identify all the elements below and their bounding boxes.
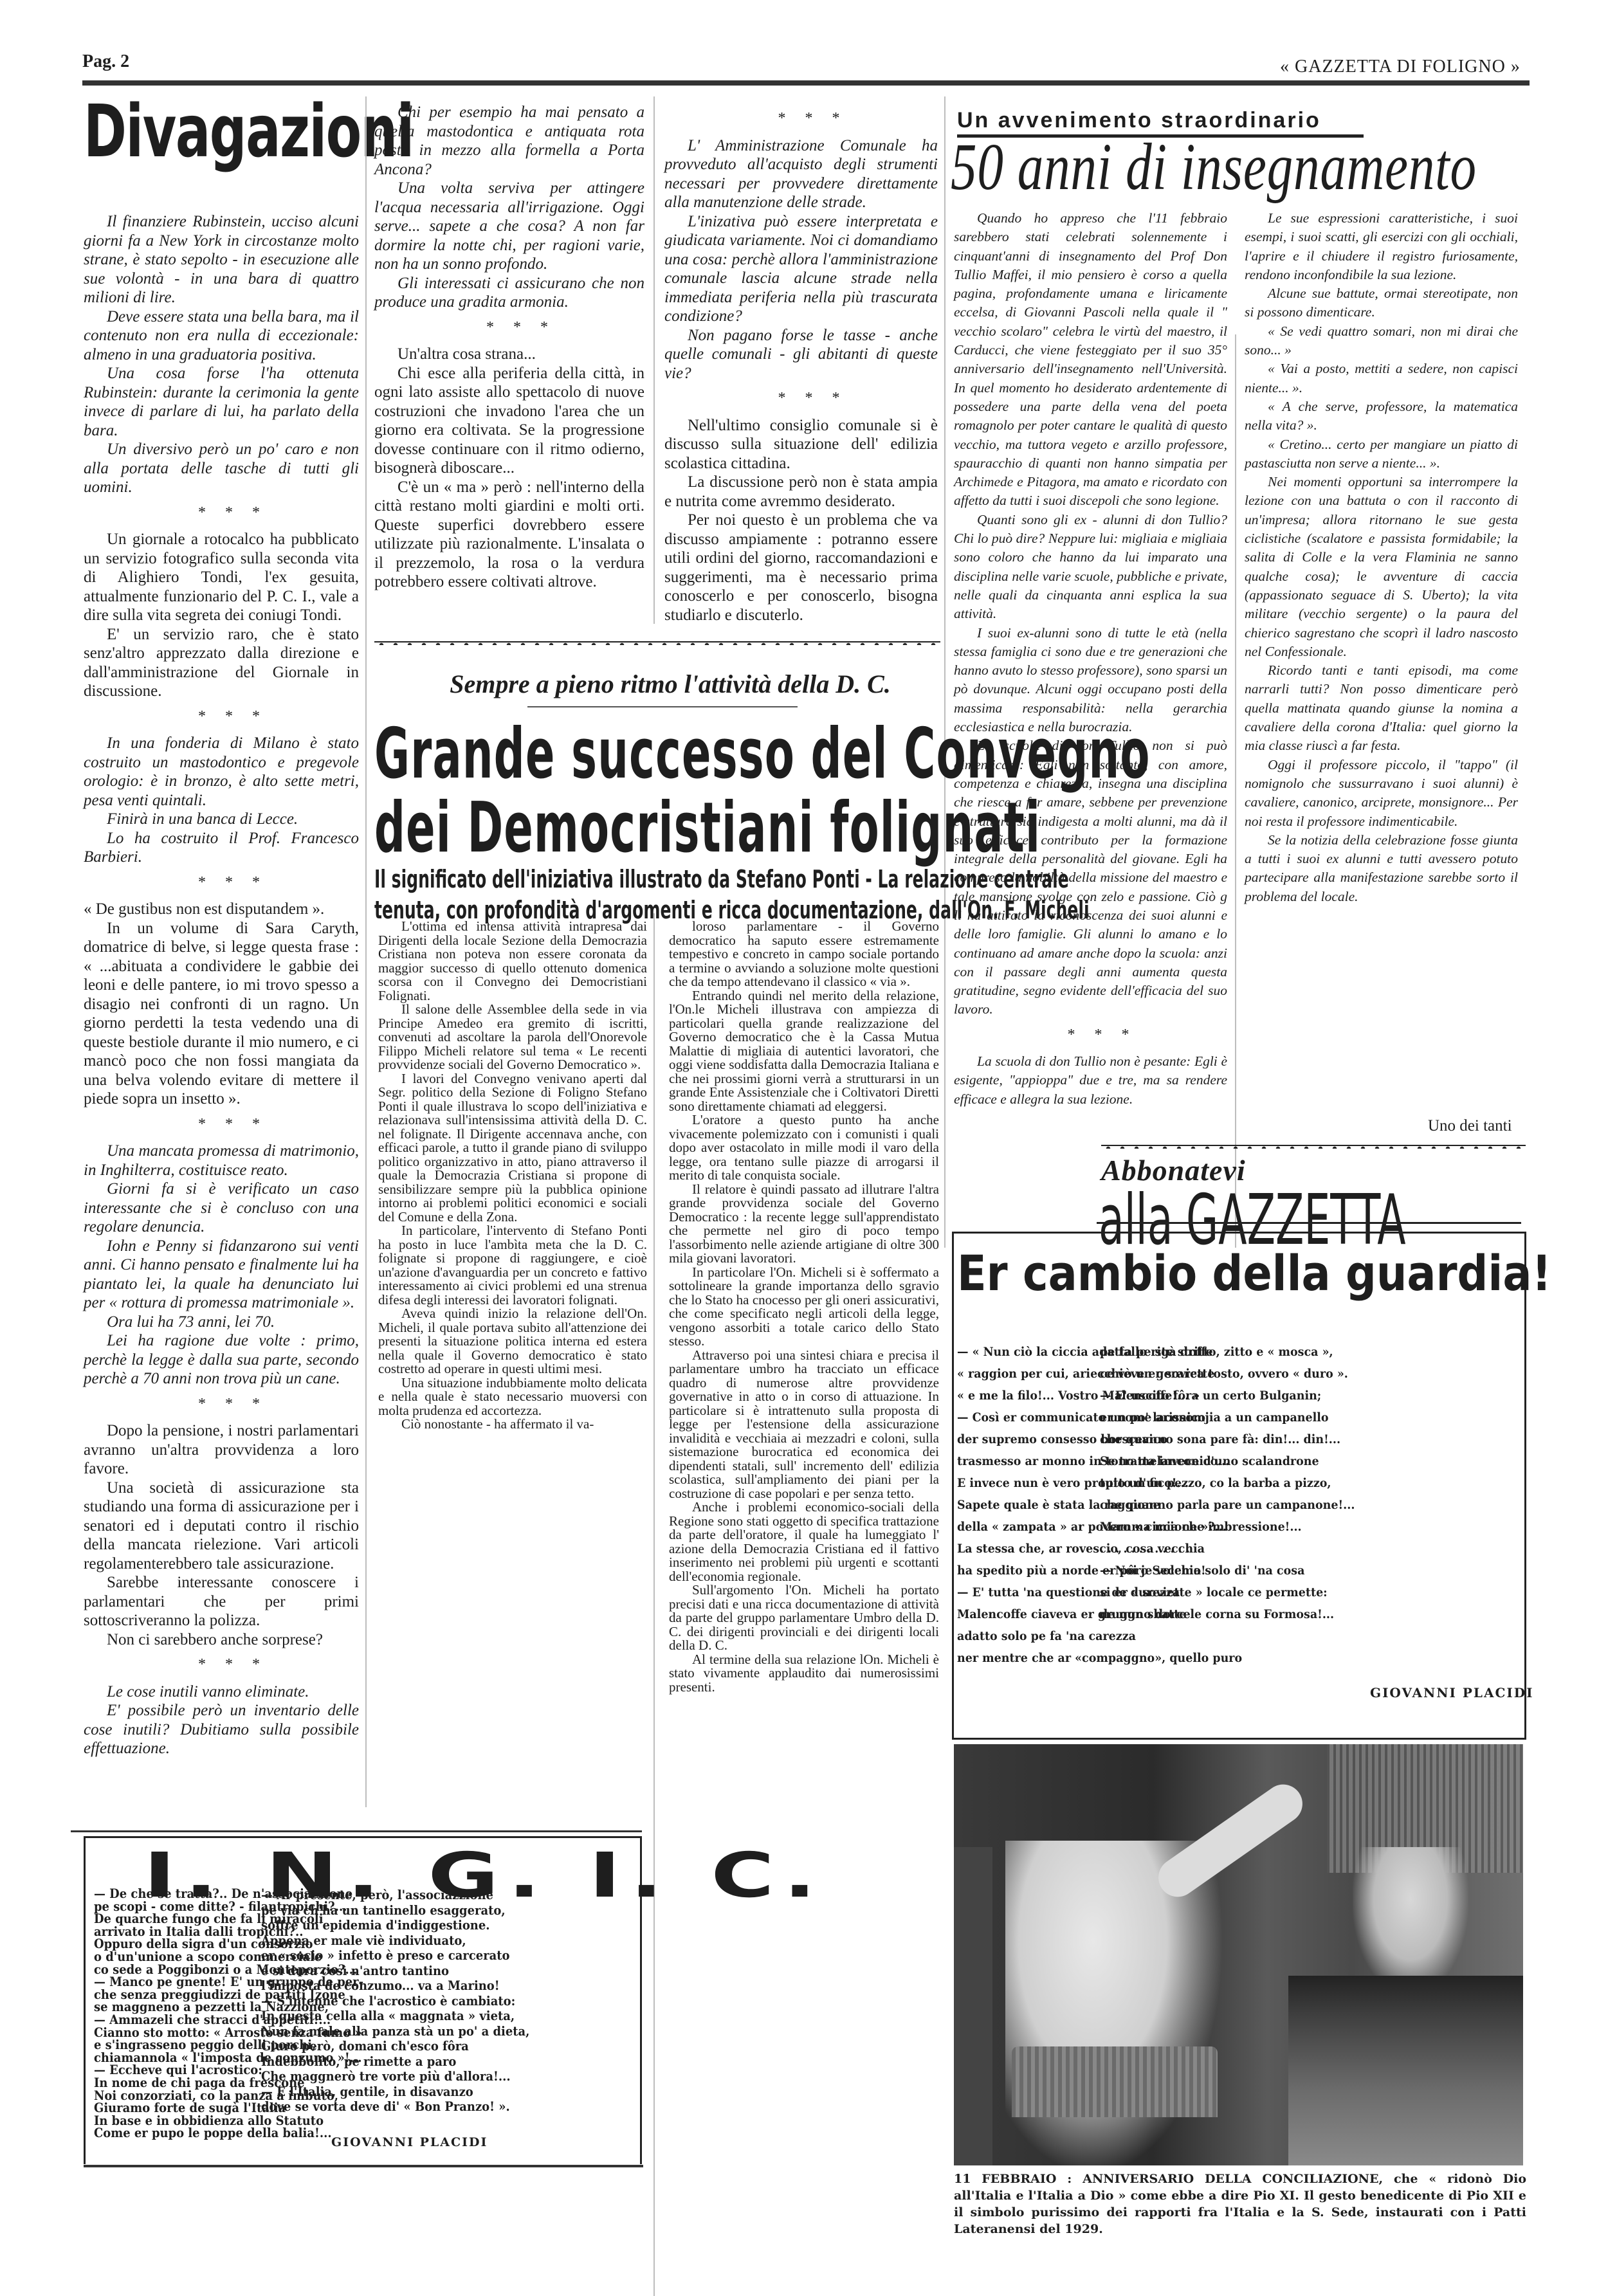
paragraph: Il relatore è quindi passato ad illutrar…	[669, 1183, 939, 1266]
photo-chair	[954, 1847, 992, 2165]
paragraph: Una volta serviva per attingere l'acqua …	[374, 179, 644, 274]
cambio-title: Er cambio della guardia!	[957, 1244, 1551, 1302]
photo-desk	[1288, 1976, 1523, 2165]
insegnamento-title: 50 anni di insegnamento	[951, 129, 1477, 205]
paragraph: Sull'argomento l'On. Micheli ha portato …	[669, 1583, 939, 1653]
section-separator: * * *	[664, 109, 938, 129]
paragraph: Le cose inutili vanno eliminate.	[84, 1682, 359, 1702]
poem-line: Mamma mia che imbressione!...	[1100, 1516, 1355, 1538]
paragraph: Deve essere stata una bella bara, ma il …	[84, 307, 359, 365]
poem-line: pe via ch'ha un tantinello esaggerato,	[261, 1903, 529, 1918]
paragraph: Chi esce alla periferia della città, in …	[374, 364, 644, 478]
poem-line: ner mentre che ar «compaggno», quello pu…	[957, 1647, 1242, 1669]
poem-line: Che maggnerò tre vorte più d'allora!...	[261, 2069, 529, 2084]
paragraph: La discussione però non è stata ampia e …	[664, 473, 938, 511]
paragraph: Al termine della sua relazione lOn. Mich…	[669, 1653, 939, 1695]
poem-line: tutto d'un pezzo, co la barba a pizzo,	[1100, 1472, 1355, 1494]
poem-line: che quanno parla pare un campanone!...	[1100, 1494, 1355, 1516]
paragraph: « Cretino... certo per mangiare un piatt…	[1245, 435, 1518, 473]
poem-line: — Noi je volemo solo di' 'na cosa	[1100, 1560, 1355, 1581]
paragraph: « De gustibus non est disputandem ».	[84, 900, 359, 919]
convegno-kicker: Sempre a pieno ritmo l'attività della D.…	[381, 669, 960, 699]
photo-cushion	[1012, 2046, 1218, 2117]
top-rule	[82, 80, 1530, 86]
paragraph: L'inizativa può essere interpretata e gi…	[664, 212, 938, 326]
poem-line: ce vò un gerarca tosto, ovvero « duro ».	[1100, 1363, 1355, 1385]
insegnamento-column-1: Quando ho appreso che l'11 febbraio sare…	[954, 209, 1227, 1109]
poem-line: Se tratta invece d'uno scalandrone	[1100, 1450, 1355, 1472]
poem-line: . . . . . . . . . . . .	[1100, 1538, 1355, 1560]
paragraph: Non ci sarebbero anche sorprese?	[84, 1630, 359, 1650]
paragraph: Le sue espressioni caratteristiche, i su…	[1245, 209, 1518, 284]
column-rule	[1235, 334, 1236, 1248]
section-separator: * * *	[664, 389, 938, 408]
column-rule	[653, 913, 655, 2296]
paragraph: Aveva quindi inizio la relazione dell'On…	[378, 1307, 647, 1376]
paragraph: Chi per esempio ha mai pensato a quella …	[374, 103, 644, 179]
poem-line: pe fallo rigà dritto, zitto e « mosca »,	[1100, 1341, 1355, 1363]
section-separator: * * *	[84, 1395, 359, 1414]
poem-line: — Ar presente, però, l'associazzione	[261, 1888, 529, 1903]
poem-line: soffre un'epidemia d'indiggestione.	[261, 1918, 529, 1933]
poem-line: er nome arissomjia a un campanello	[1100, 1407, 1355, 1428]
divagazioni-column-3: * * *L' Amministrazione Comunale ha prov…	[664, 103, 938, 624]
paragraph: Finirà in una banca di Lecce.	[84, 810, 359, 829]
photo-figure-pius-xii	[1353, 1847, 1468, 1995]
poem-line: e si dura così n'antro tantino	[261, 1963, 529, 1979]
photo-caption: 11 FEBBRAIO : ANNIVERSARIO DELLA CONCILI…	[954, 2171, 1526, 2237]
paragraph: I suoi ex-alunni sono di tutte le età (n…	[954, 624, 1227, 737]
column-rule	[653, 96, 655, 624]
paragraph: Il finanziere Rubinstein, ucciso alcuni …	[84, 212, 359, 307]
paragraph: Gli interessati ci assicurano che non pr…	[374, 274, 644, 312]
paragraph: Giorni fa si è verificato un caso intere…	[84, 1180, 359, 1237]
paragraph: Se la notizia della celebrazione fosse g…	[1245, 831, 1518, 906]
paragraph: Una società di assicurazione sta studian…	[84, 1479, 359, 1574]
convegno-column-1: L'ottima ed intensa attività intrapresa …	[378, 920, 647, 1432]
paragraph: Quando ho appreso che l'11 febbraio sare…	[954, 209, 1227, 511]
paragraph: L'oratore a questo punto ha anche vivace…	[669, 1113, 939, 1183]
divagazioni-title: Divagazioni	[84, 90, 414, 174]
poem-line: adatto solo pe fa 'na carezza	[957, 1625, 1242, 1647]
section-separator: * * *	[84, 873, 359, 893]
paragraph: Dopo la pensione, i nostri parlamentari …	[84, 1421, 359, 1479]
poem-line: l'imposta de conzumo... va a Marino!	[261, 1978, 529, 1994]
poem-line: Nun fa male alla panza stà un po' a diet…	[261, 2024, 529, 2039]
paragraph: In particolare l'On. Micheli si è soffer…	[669, 1266, 939, 1349]
poem-line: — S'intenne che l'acrostico è cambiato:	[261, 1994, 529, 2009]
section-separator: * * *	[954, 1026, 1227, 1044]
poem-line: che quanno sona pare fà: din!... din!...	[1100, 1428, 1355, 1450]
ornamental-rule	[1101, 1145, 1526, 1149]
paragraph: Un giornale a rotocalco ha pubblicato un…	[84, 530, 359, 625]
section-separator: * * *	[84, 707, 359, 727]
page-number: Pag. 2	[82, 51, 129, 72]
ingic-top-rule	[71, 1830, 642, 1832]
paragraph: E' possibile però un inventario delle co…	[84, 1701, 359, 1758]
paragraph: Non pagano forse le tasse - anche quelle…	[664, 326, 938, 383]
photo-pius-conciliazione	[954, 1744, 1523, 2165]
section-separator: * * *	[84, 1655, 359, 1675]
paragraph: Lo ha costruito il Prof. Francesco Barbi…	[84, 829, 359, 867]
paragraph: Sarebbe interessante conoscere i parlame…	[84, 1573, 359, 1630]
ingic-bottom-rule	[84, 2165, 643, 2167]
paragraph: In particolare, l'intervento di Stefano …	[378, 1224, 647, 1307]
paragraph: Una cosa forse l'ha ottenuta Rubinstein:…	[84, 364, 359, 440]
paragraph: loroso parlamentare - il Governo democra…	[669, 920, 939, 989]
abbonatevi-rule	[1097, 1222, 1521, 1224]
poem-line: — E' uscito fôra un certo Bulganin;	[1100, 1385, 1355, 1407]
kicker-underline	[527, 706, 798, 707]
paragraph: Entrando quindi nel merito della relazio…	[669, 989, 939, 1114]
cambio-poem-column-2: pe fallo rigà dritto, zitto e « mosca »,…	[1100, 1341, 1355, 1625]
paragraph: I lavori del Convegno venivano aperti da…	[378, 1072, 647, 1225]
ornamental-rule	[374, 641, 940, 645]
paragraph: In un volume di Sara Caryth, domatrice d…	[84, 919, 359, 1109]
convegno-column-2: loroso parlamentare - il Governo democra…	[669, 920, 939, 1694]
newspaper-name: « GAZZETTA DI FOLIGNO »	[1280, 57, 1521, 77]
paragraph: La scuola di don Tullio non si può dimen…	[954, 736, 1227, 1019]
paragraph: Attraverso poi una sintesi chiara e prec…	[669, 1349, 939, 1501]
paragraph: Nei momenti opportuni sa interrompere la…	[1245, 473, 1518, 661]
paragraph: « Vai a posto, mettiti a sedere, non cap…	[1245, 360, 1518, 397]
poem-line: Giuro però, domani ch'esco fôra	[261, 2039, 529, 2054]
poem-line: si er « soviette » locale ce permette:	[1100, 1581, 1355, 1603]
paragraph: L' Amministrazione Comunale ha provvedut…	[664, 136, 938, 212]
paragraph: Anche i problemi economico-sociali della…	[669, 1500, 939, 1583]
poem-line: Come er pupo le poppe della balia!...	[94, 2127, 363, 2140]
paragraph: Quanti sono gli ex - alunni di don Tulli…	[954, 511, 1227, 624]
section-separator: * * *	[84, 504, 359, 523]
poem-line: dove se vorta deve di' « Bon Pranzo! ».	[261, 2099, 529, 2115]
paragraph: Nell'ultimo consiglio comunale si è disc…	[664, 416, 938, 473]
poem-line: — E l'Italia, gentile, in disavanzo	[261, 2084, 529, 2100]
paragraph: Lei ha ragione due volte : primo, perchè…	[84, 1331, 359, 1389]
paragraph: In una fonderia di Milano è stato costru…	[84, 734, 359, 810]
section-separator: * * *	[374, 318, 644, 338]
ingic-signature: GIOVANNI PLACIDI	[331, 2135, 488, 2149]
ingic-poem-column-2: — Ar presente, però, l'associazzionepe v…	[261, 1888, 529, 2115]
paragraph: Un'altra cosa strana...	[374, 345, 644, 364]
paragraph: « A che serve, professore, la matematica…	[1245, 397, 1518, 435]
paragraph: Per noi questo è un problema che va disc…	[664, 511, 938, 624]
paragraph: Una mancata promessa di matrimonio, in I…	[84, 1142, 359, 1180]
insegnamento-signature: Uno dei tanti	[1428, 1117, 1512, 1135]
divagazioni-column-2: Chi per esempio ha mai pensato a quella …	[374, 103, 644, 592]
divagazioni-column-1: Il finanziere Rubinstein, ucciso alcuni …	[84, 212, 359, 1758]
paragraph: L'ottima ed intensa attività intrapresa …	[378, 920, 647, 1003]
paragraph: Una situazione indubbiamente molto delic…	[378, 1376, 647, 1418]
paragraph: Oggi il professore piccolo, il "tappo" (…	[1245, 756, 1518, 831]
paragraph: Il salone delle Assemblee della sede in …	[378, 1003, 647, 1072]
poem-line: In questa cella alla « maggnata » vieta,	[261, 2009, 529, 2024]
paragraph: Ora lui ha 73 anni, lei 70.	[84, 1313, 359, 1332]
paragraph: Un diversivo però un po' caro e non alla…	[84, 440, 359, 497]
paragraph: Alcune sue battute, ormai stereotipate, …	[1245, 284, 1518, 322]
paragraph: La scuola di don Tullio non è pesante: E…	[954, 1052, 1227, 1109]
paragraph: E' un servizio raro, che è stato senz'al…	[84, 625, 359, 701]
section-separator: * * *	[84, 1115, 359, 1134]
paragraph: Iohn e Penny si fidanzarono sui venti an…	[84, 1237, 359, 1313]
poem-line: de nun sbatte le corna su Formosa!...	[1100, 1603, 1355, 1625]
poem-line: Appena er male viè individuato,	[261, 1933, 529, 1949]
paragraph: Ciò nonostante - ha affermato il va-	[378, 1417, 647, 1432]
paragraph: « Se vedi quattro somari, non mi dirai c…	[1245, 322, 1518, 360]
poem-line: Indebbolito, pe rimette a paro	[261, 2054, 529, 2070]
cambio-signature: GIOVANNI PLACIDI	[1370, 1685, 1533, 1700]
poem-line: er « socio » infetto è preso e carcerato	[261, 1948, 529, 1963]
column-rule	[365, 96, 367, 1807]
paragraph: Ricordo tanti e tanti episodi, ma come n…	[1245, 661, 1518, 755]
convegno-headline-line-2: dei Democristiani folignati	[374, 788, 1041, 868]
insegnamento-column-2: Le sue espressioni caratteristiche, i su…	[1245, 209, 1518, 906]
paragraph: C'è un « ma » però : nell'interno della …	[374, 478, 644, 592]
